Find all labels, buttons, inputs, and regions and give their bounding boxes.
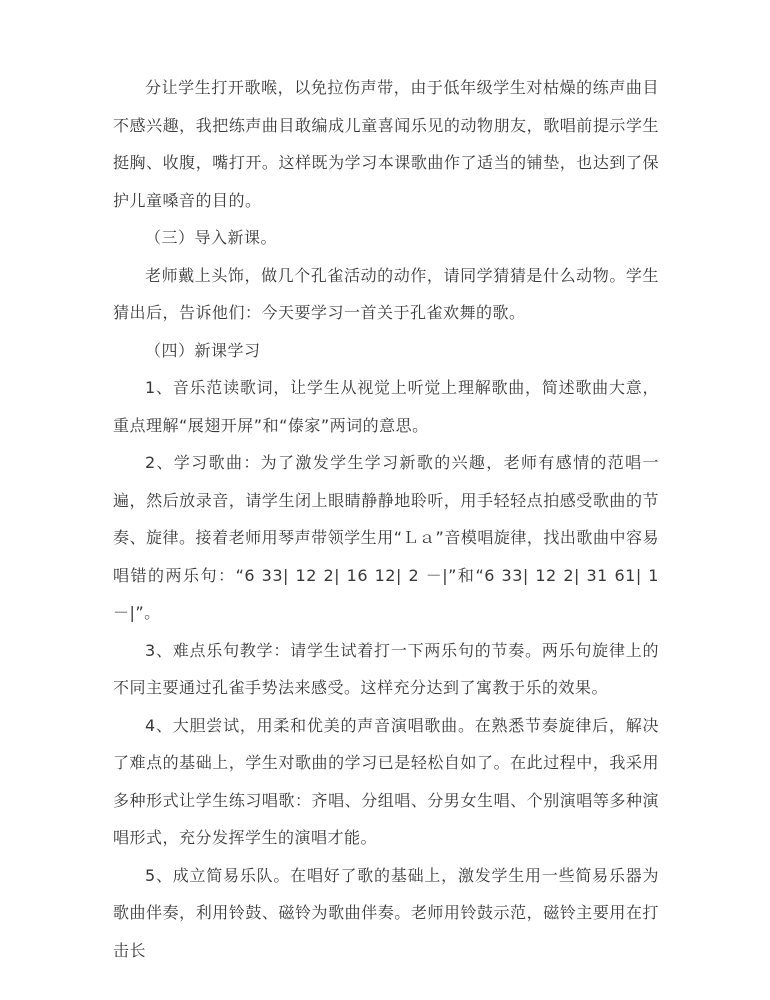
document-text-block: 分让学生打开歌喉，以免拉伤声带，由于低年级学生对枯燥的练声曲目不感兴趣，我把练声… [113, 69, 659, 969]
paragraph-lesson-import-detail: 老师戴上头饰，做几个孔雀活动的动作，请同学猜猜是什么动物。学生猜出后，告诉他们：… [113, 257, 659, 332]
paragraph-step-1-read-lyrics: 1、音乐范读歌词，让学生从视觉上听觉上理解歌曲，简述歌曲大意，重点理解“展翅开屏… [113, 369, 659, 444]
paragraph-step-4-sing-practice: 4、大胆尝试，用柔和优美的声音演唱歌曲。在熟悉节奏旋律后，解决了难点的基础上，学… [113, 707, 659, 857]
paragraph-step-5-simple-band: 5、成立简易乐队。在唱好了歌的基础上，激发学生用一些简易乐器为歌曲伴奏，利用铃鼓… [113, 857, 659, 970]
paragraph-step-2-learn-song: 2、学习歌曲：为了激发学生学习新歌的兴趣，老师有感情的范唱一遍，然后放录音，请学… [113, 444, 659, 632]
heading-section-4-new-lesson: （四）新课学习 [113, 332, 659, 370]
heading-section-3-lesson-import: （三）导入新课。 [113, 219, 659, 257]
paragraph-vocal-practice: 分让学生打开歌喉，以免拉伤声带，由于低年级学生对枯燥的练声曲目不感兴趣，我把练声… [113, 69, 659, 219]
document-page: 分让学生打开歌喉，以免拉伤声带，由于低年级学生对枯燥的练声曲目不感兴趣，我把练声… [0, 0, 770, 1000]
paragraph-step-3-difficult-phrases: 3、难点乐句教学：请学生试着打一下两乐句的节奏。两乐句旋律上的不同主要通过孔雀手… [113, 632, 659, 707]
